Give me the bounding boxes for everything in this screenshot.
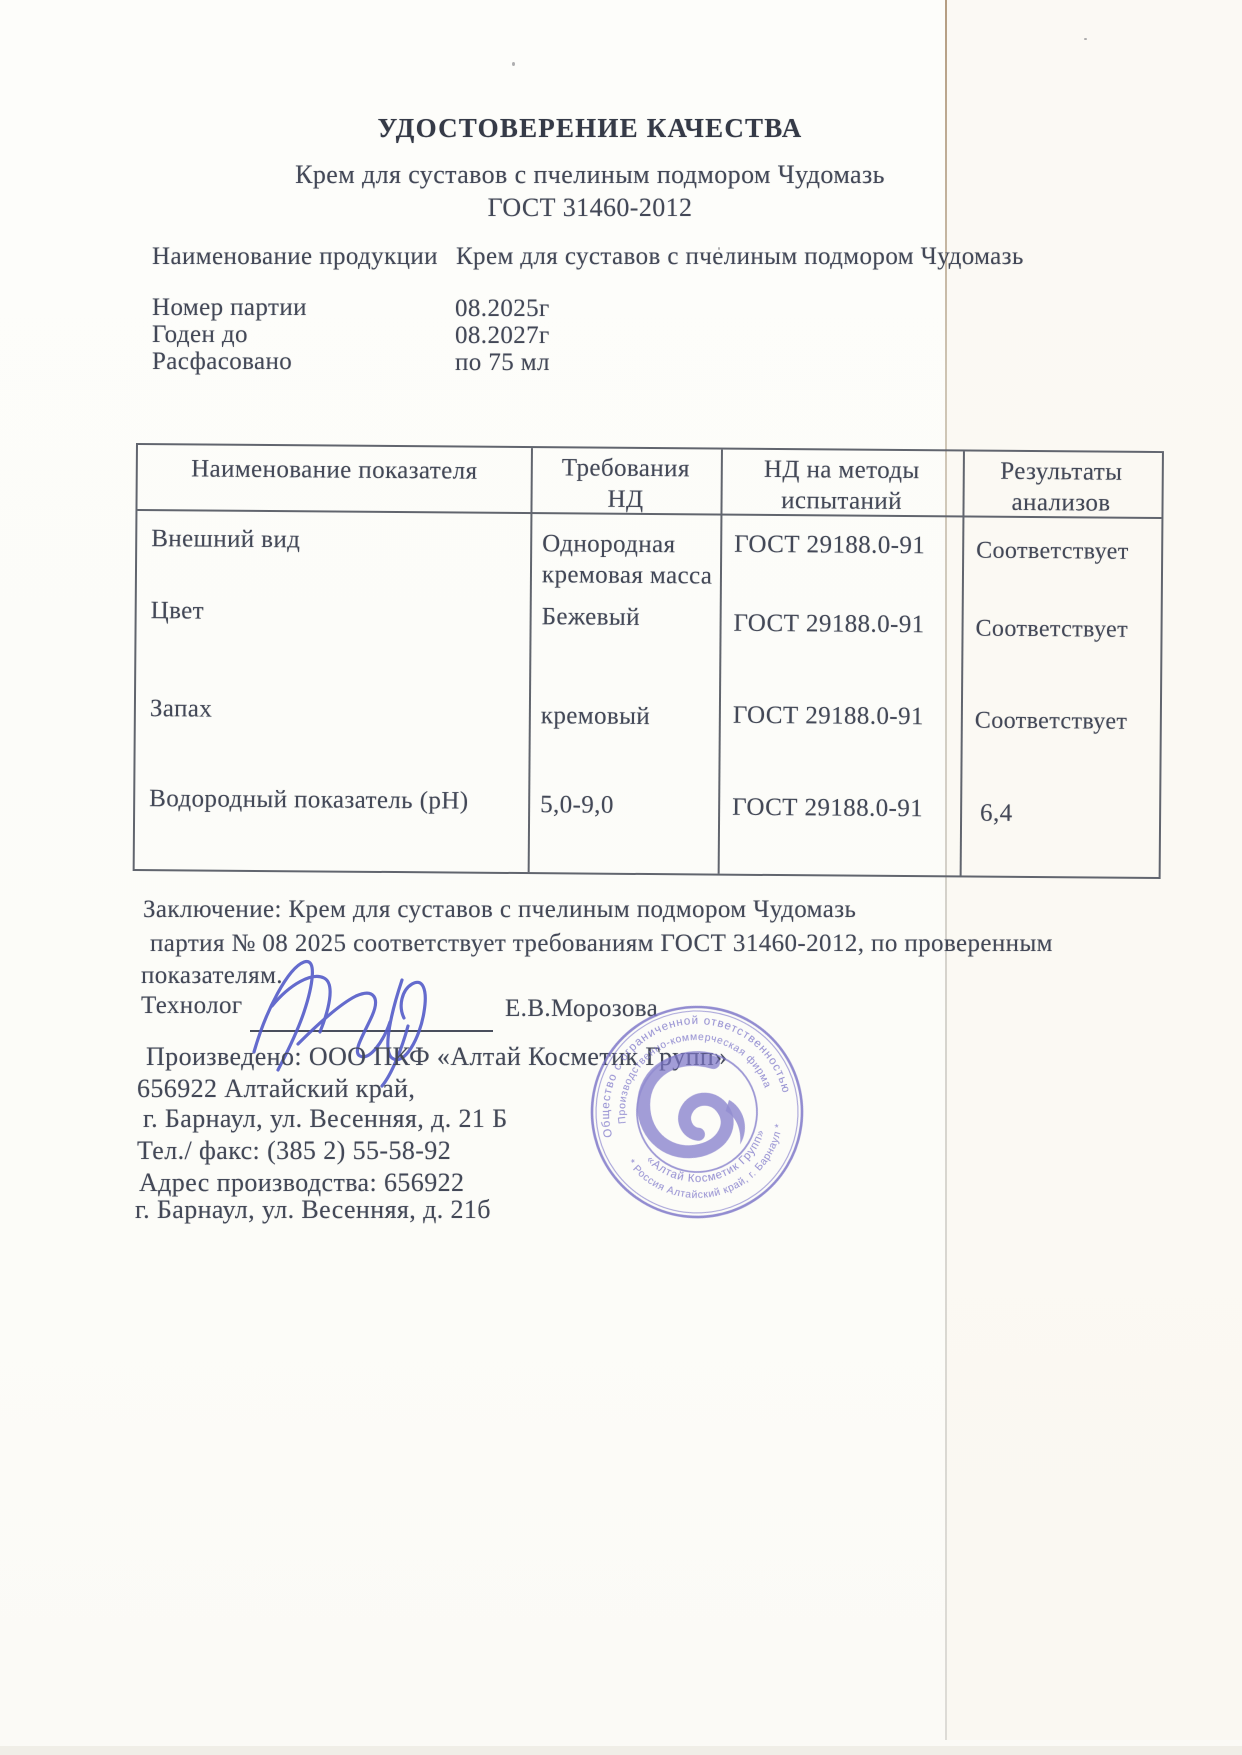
scanned-certificate-page: УДОСТОВЕРЕНИЕ КАЧЕСТВА Крем для суставов… (0, 0, 1242, 1755)
table-cell: Соответствует (976, 536, 1129, 568)
table-cell: ГОСТ 29188.0-91 (732, 792, 923, 824)
header-text: НД (530, 483, 720, 515)
header-text: Наименование показателя (138, 453, 531, 487)
header-text: испытаний (720, 485, 962, 518)
table-cell: Однородная кремовая масса (542, 528, 714, 591)
table-cell: Бежевый (542, 601, 641, 633)
table-cell: ГОСТ 29188.0-91 (734, 529, 925, 561)
field-row: Расфасовано по 75 мл (152, 348, 292, 376)
stamp-center-logo (634, 1049, 750, 1165)
packaging-label: Расфасовано (152, 348, 292, 376)
product-name-value: Крем для суставов с пчелиным подмором Чу… (456, 243, 1024, 270)
packaging-value: по 75 мл (455, 349, 550, 377)
table-header-cell: Наименование показателя (138, 453, 531, 487)
table-cell: Запах (150, 693, 213, 724)
table-cell: ГОСТ 29188.0-91 (733, 608, 924, 640)
expiry-label: Годен до (152, 321, 248, 349)
expiry-value: 08.2027г (455, 322, 550, 350)
table-cell: 5,0-9,0 (540, 789, 614, 821)
table-cell: кремовый (541, 700, 650, 732)
producer-line-2: 656922 Алтайский край, (137, 1074, 415, 1104)
technologist-label: Технолог (141, 992, 243, 1020)
table-cell: ГОСТ 29188.0-91 (733, 700, 924, 732)
table-header-cell: Результаты анализов (962, 455, 1159, 519)
table-cell: 6,4 (980, 798, 1013, 829)
conclusion-line-2: партия № 08 2025 соответствует требовани… (150, 930, 1053, 958)
table-cell: Соответствует (975, 614, 1128, 646)
field-row: Номер партии 08.2025г (152, 294, 307, 322)
scan-speck (512, 62, 515, 66)
producer-line-5: Адрес производства: 656922 (139, 1168, 464, 1198)
table-cell: Водородный показатель (pH) (149, 783, 469, 817)
header-text: НД на методы (721, 454, 963, 487)
scan-bottom-edge (0, 1746, 1242, 1755)
table-header-cell: НД на методы испытаний (720, 454, 962, 518)
scan-speck (1084, 38, 1087, 40)
table-header-cell: Требования НД (530, 452, 720, 515)
table-cell: Внешний вид (151, 523, 300, 555)
product-name-label: Наименование продукции (152, 243, 438, 270)
producer-line-4: Тел./ факс: (385 2) 55-58-92 (137, 1136, 451, 1166)
batch-number-value: 08.2025г (455, 295, 550, 323)
page-title: УДОСТОВЕРЕНИЕ КАЧЕСТВА (0, 113, 1180, 144)
table-cell: Соответствует (975, 706, 1128, 738)
header-text: Требования (531, 452, 721, 484)
signature-underline (250, 1030, 493, 1032)
conclusion-line-1: Заключение: Крем для суставов с пчелиным… (143, 896, 856, 924)
batch-number-label: Номер партии (152, 294, 307, 322)
quality-indicators-table: Наименование показателя Требования НД НД… (133, 443, 1164, 879)
producer-line-3: г. Барнаул, ул. Весенняя, д. 21 Б (143, 1104, 508, 1134)
conclusion-line-3: показателям. (141, 962, 283, 990)
producer-line-6: г. Барнаул, ул. Весенняя, д. 21б (135, 1195, 491, 1225)
field-row: Годен до 08.2027г (152, 321, 248, 349)
product-name-line: Наименование продукцииКрем для суставов … (152, 243, 1024, 271)
table-cell: Цвет (151, 595, 205, 626)
product-subtitle: Крем для суставов с пчелиным подмором Чу… (0, 160, 1180, 190)
header-text: анализов (962, 486, 1159, 519)
header-text: Результаты (963, 455, 1160, 488)
gost-subtitle: ГОСТ 31460-2012 (0, 193, 1180, 223)
